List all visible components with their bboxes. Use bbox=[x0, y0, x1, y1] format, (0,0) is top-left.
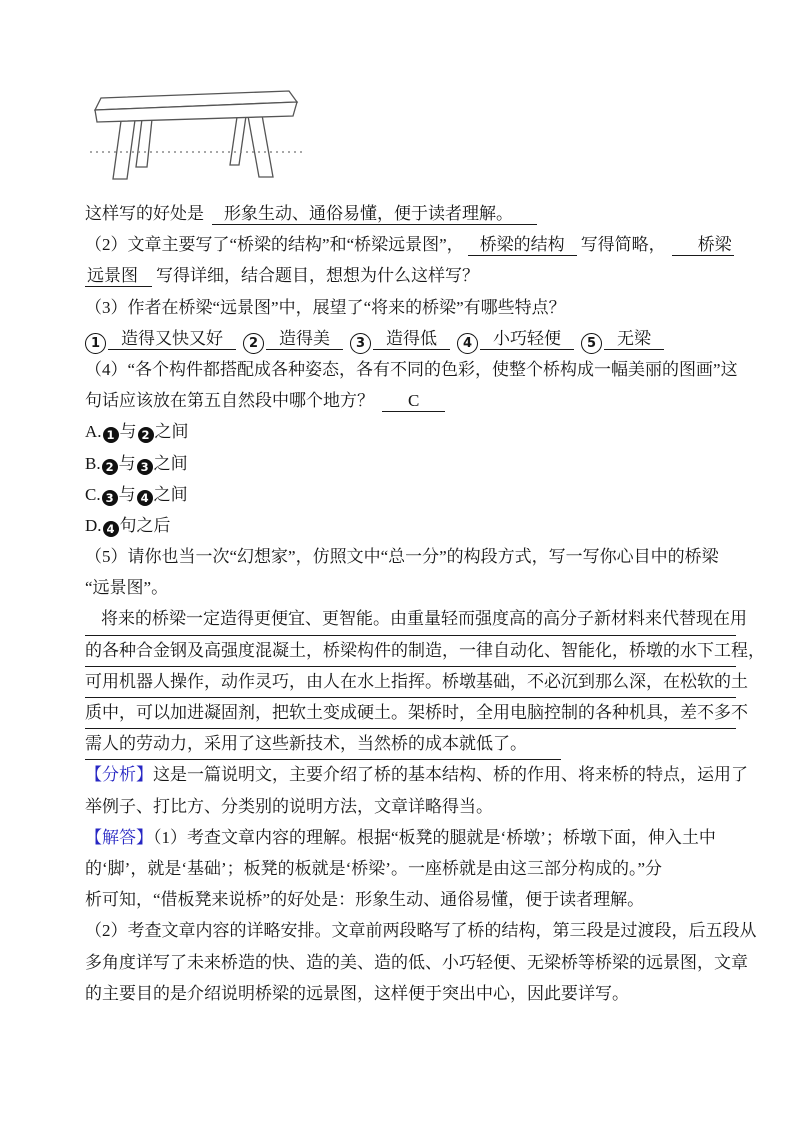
q4-question-text: 句话应该放在第五自然段中哪个地方？ bbox=[85, 391, 374, 410]
q5-answer-line-5: 需人的劳动力，采用了这些新技术，当然桥的成本就低了。 bbox=[85, 728, 736, 759]
q4-option-a: A.1与2之间 bbox=[85, 416, 736, 447]
filled-circle-3-icon: 3 bbox=[102, 490, 118, 506]
explain-text: （1）考查文章内容的理解。根据“板凳的腿就是‘桥墩’；桥墩下面，伸入土中 bbox=[153, 828, 716, 847]
q3-answer-5: 无梁 bbox=[604, 327, 664, 350]
filled-circle-1-icon: 1 bbox=[103, 427, 119, 443]
analysis-line-1: 【分析】这是一篇说明文，主要介绍了桥的基本结构、桥的作用、将来桥的特点，运用了 bbox=[85, 759, 736, 790]
option-c-tail: 之间 bbox=[154, 485, 188, 504]
document-page: 这样写的好处是形象生动、通俗易懂，便于读者理解。 （2）文章主要写了“桥梁的结构… bbox=[0, 0, 794, 1123]
q5-answer-line-2: 的各种合金钢及高强度混凝土，桥梁构件的制造，一律自动化、智能化，桥墩的水下工程， bbox=[85, 635, 736, 666]
option-c-mid: 与 bbox=[119, 485, 136, 504]
q2-blank2-part1: 桥梁 bbox=[672, 233, 734, 256]
option-b-letter: B. bbox=[85, 454, 101, 473]
part2-line-3: 的主要目的是介绍说明桥梁的远景图，这样便于突出中心，因此要详写。 bbox=[85, 978, 736, 1009]
q5-answer-text: 需人的劳动力，采用了这些新技术，当然桥的成本就低了。 bbox=[85, 728, 561, 760]
q3-answer-4: 小巧轻便 bbox=[480, 327, 574, 350]
explain-line-3: 析可知，“借板凳来说桥”的好处是：形象生动、通俗易懂，便于读者理解。 bbox=[85, 884, 736, 915]
option-c-letter: C. bbox=[85, 485, 101, 504]
q2-text-mid: 写得简略， bbox=[581, 235, 666, 254]
q3-answer-2: 造得美 bbox=[266, 327, 343, 350]
option-a-letter: A. bbox=[85, 422, 102, 441]
q1-answer-blank: 形象生动、通俗易懂，便于读者理解。 bbox=[212, 202, 537, 225]
filled-circle-2-icon: 2 bbox=[138, 427, 154, 443]
filled-circle-2-icon: 2 bbox=[102, 459, 118, 475]
q4-option-b: B.2与3之间 bbox=[85, 448, 736, 479]
bench-figure bbox=[87, 88, 315, 184]
bench-leg-front-left bbox=[113, 120, 135, 179]
q4-answer-blank: C bbox=[382, 389, 445, 412]
analysis-line-2: 举例子、打比方、分类别的说明方法，文章详略得当。 bbox=[85, 791, 736, 822]
q3-answer-1: 造得又快又好 bbox=[108, 327, 236, 350]
option-a-tail: 之间 bbox=[155, 422, 189, 441]
circled-5-icon: 5 bbox=[581, 333, 602, 354]
q1-prefix: 这样写的好处是 bbox=[85, 204, 204, 223]
q5-answer-text: 的各种合金钢及高强度混凝土，桥梁构件的制造，一律自动化、智能化，桥墩的水下工程， bbox=[85, 635, 736, 667]
q5-answer-text: 质中，可以加进凝固剂，把软土变成硬土。架桥时，全用电脑控制的各种机具，差不多不 bbox=[85, 697, 736, 729]
q2-line1: （2）文章主要写了“桥梁的结构”和“桥梁远景图”，桥梁的结构写得简略，桥梁 bbox=[85, 229, 736, 260]
part2-line-2: 多角度详写了未来桥造的快、造的美、造的低、小巧轻便、无梁桥等桥梁的远景图，文章 bbox=[85, 947, 736, 978]
q2-text-pre: （2）文章主要写了“桥梁的结构”和“桥梁远景图”， bbox=[85, 235, 464, 254]
bench-leg-back-left bbox=[136, 119, 152, 167]
q5-answer-text: 可用机器人操作，动作灵巧，由人在水上指挥。桥墩基础，不必沉到那么深，在松软的土 bbox=[85, 666, 736, 698]
q2-blank1: 桥梁的结构 bbox=[468, 233, 577, 256]
q3-answers: 1造得又快又好2造得美3造得低4小巧轻便5无梁 bbox=[85, 323, 736, 354]
q4-option-d: D.4句之后 bbox=[85, 510, 736, 541]
q3-answer-3: 造得低 bbox=[373, 327, 450, 350]
circled-2-icon: 2 bbox=[243, 333, 264, 354]
circled-4-icon: 4 bbox=[457, 333, 478, 354]
option-d-letter: D. bbox=[85, 516, 102, 535]
circled-1-icon: 1 bbox=[85, 333, 106, 354]
q5-answer-line-1: 将来的桥梁一定造得更便宜、更智能。由重量轻而强度高的高分子新材料来代替现在用 bbox=[85, 603, 736, 634]
q5-line1: （5）请你也当一次“幻想家”，仿照文中“总一分”的构段方式，写一写你心目中的桥梁 bbox=[85, 541, 736, 572]
explain-label: 【解答】 bbox=[85, 828, 153, 847]
explain-line-1: 【解答】（1）考查文章内容的理解。根据“板凳的腿就是‘桥墩’；桥墩下面，伸入土中 bbox=[85, 822, 736, 853]
explain-line-2: 的‘脚’，就是‘基础’；板凳的板就是‘桥梁’。一座桥就是由这三部分构成的。”分 bbox=[85, 853, 736, 884]
option-d-tail: 句之后 bbox=[120, 516, 171, 535]
q5-answer-text: 将来的桥梁一定造得更便宜、更智能。由重量轻而强度高的高分子新材料来代替现在用 bbox=[85, 603, 736, 635]
q5-answer-line-4: 质中，可以加进凝固剂，把软土变成硬土。架桥时，全用电脑控制的各种机具，差不多不 bbox=[85, 697, 736, 728]
q4-option-c: C.3与4之间 bbox=[85, 479, 736, 510]
q2-text-rest: 写得详细，结合题目，想想为什么这样写？ bbox=[156, 266, 479, 285]
filled-circle-4-icon: 4 bbox=[103, 521, 119, 537]
filled-circle-4-icon: 4 bbox=[137, 490, 153, 506]
bench-leg-back-right bbox=[230, 116, 246, 165]
circled-3-icon: 3 bbox=[350, 333, 371, 354]
q1-line: 这样写的好处是形象生动、通俗易懂，便于读者理解。 bbox=[85, 198, 736, 229]
option-a-mid: 与 bbox=[120, 422, 137, 441]
filled-circle-3-icon: 3 bbox=[137, 459, 153, 475]
analysis-label: 【分析】 bbox=[85, 765, 153, 784]
q3-question: （3）作者在桥梁“远景图”中，展望了“将来的桥梁”有哪些特点？ bbox=[85, 292, 736, 323]
q2-blank2-part2: 远景图 bbox=[85, 264, 152, 287]
bench-leg-front-right bbox=[248, 115, 273, 177]
q4-line1: （4）“各个构件都搭配成各种姿态，各有不同的色彩，使整个桥构成一幅美丽的图画”这 bbox=[85, 354, 736, 385]
option-b-mid: 与 bbox=[119, 454, 136, 473]
q2-line2: 远景图写得详细，结合题目，想想为什么这样写？ bbox=[85, 260, 736, 291]
analysis-text: 这是一篇说明文，主要介绍了桥的基本结构、桥的作用、将来桥的特点，运用了 bbox=[153, 765, 748, 784]
q5-answer-line-3: 可用机器人操作，动作灵巧，由人在水上指挥。桥墩基础，不必沉到那么深，在松软的土 bbox=[85, 666, 736, 697]
q4-line2: 句话应该放在第五自然段中哪个地方？C bbox=[85, 385, 736, 416]
part2-line-1: （2）考查文章内容的详略安排。文章前两段略写了桥的结构，第三段是过渡段，后五段从 bbox=[85, 915, 736, 946]
option-b-tail: 之间 bbox=[154, 454, 188, 473]
q5-line2: “远景图”。 bbox=[85, 572, 736, 603]
